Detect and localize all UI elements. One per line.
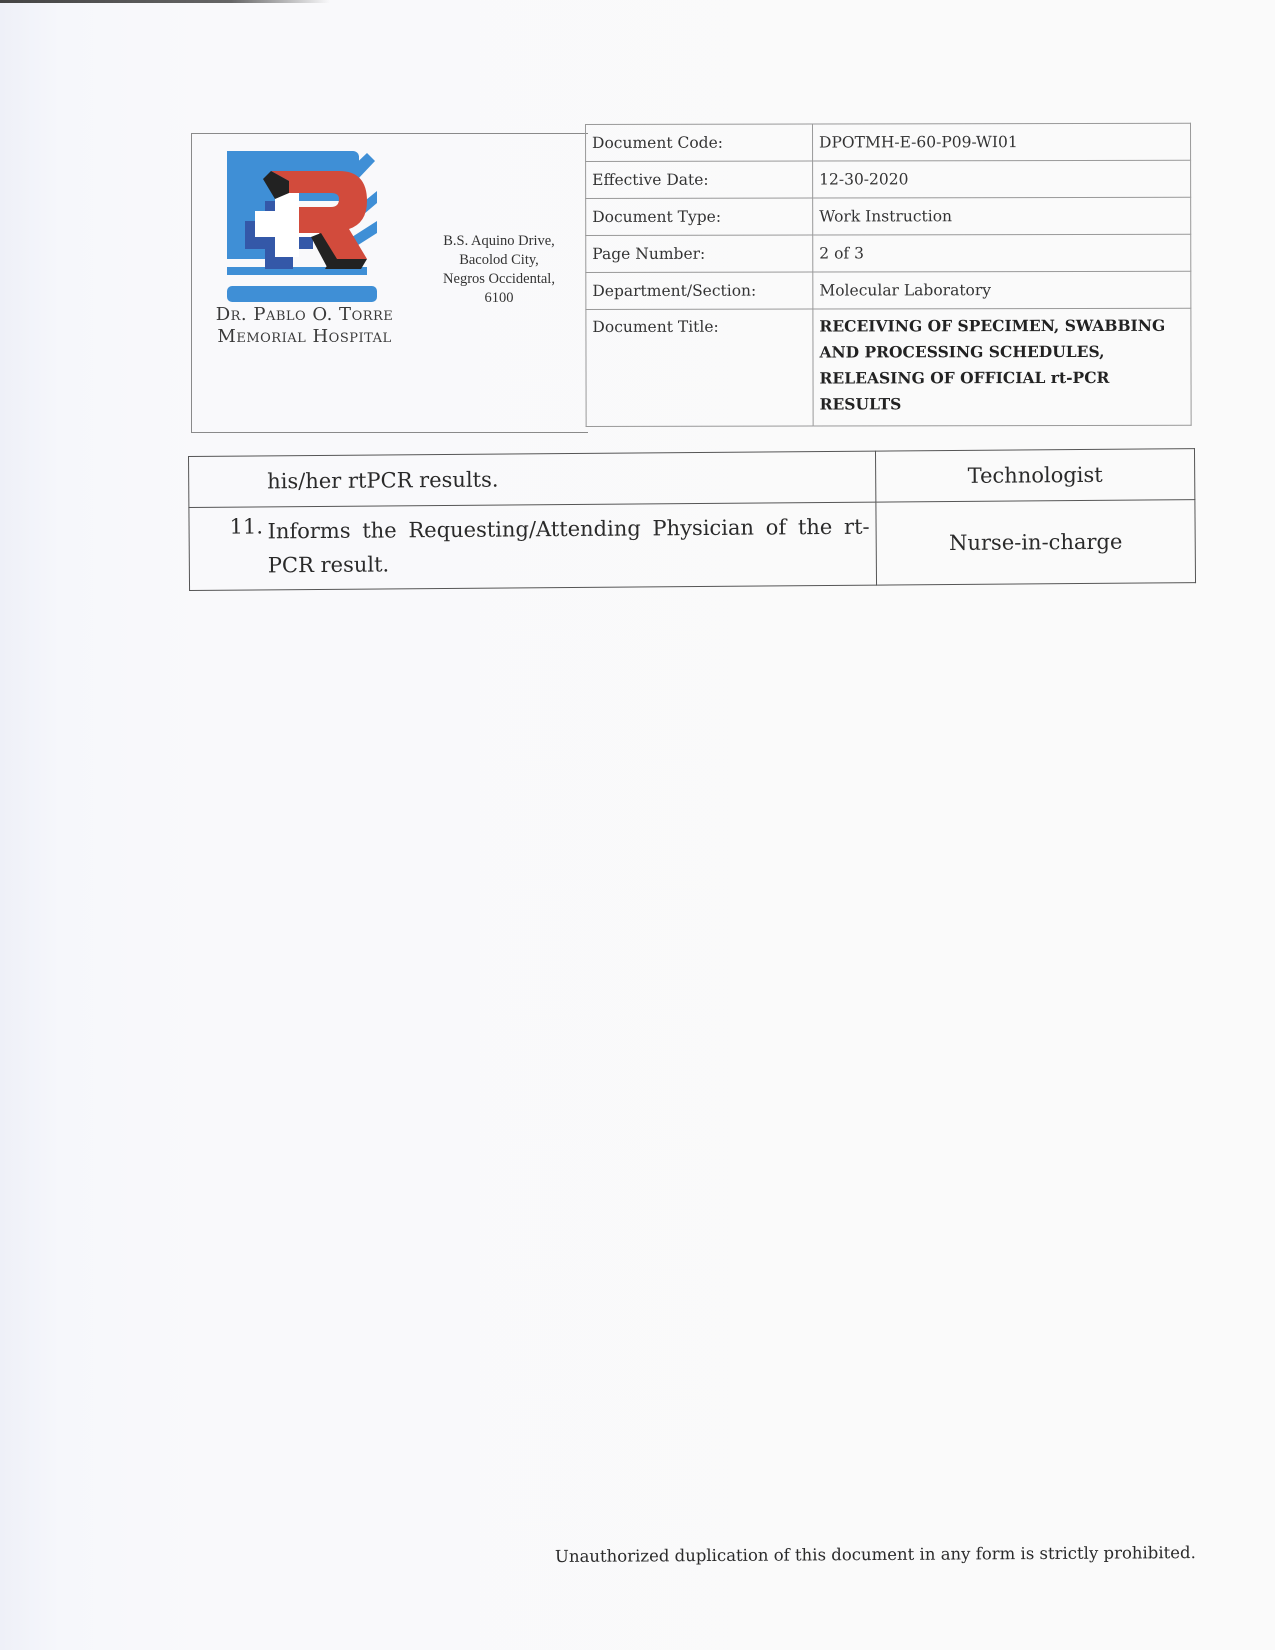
procedure-step: his/her rtPCR results. [189,451,876,507]
step-text: his/her rtPCR results. [267,463,499,499]
meta-label: Document Type: [586,198,813,235]
procedure-table: his/her rtPCR results. Technologist 11. … [188,448,1196,591]
scan-edge-line [0,0,330,3]
meta-row-document-code: Document Code: DPOTMH-E-60-P09-WI01 [586,123,1191,161]
hospital-logo-icon [227,151,381,303]
hospital-name-line-2: Memorial Hospital [192,326,417,348]
meta-label: Effective Date: [586,161,813,198]
responsible-person: Technologist [875,449,1194,503]
meta-row-page-number: Page Number: 2 of 3 [586,234,1191,272]
step-text: Informs the Requesting/Attending Physici… [267,510,870,583]
meta-row-document-title: Document Title: RECEIVING OF SPECIMEN, S… [586,308,1191,426]
meta-label: Department/Section: [586,272,813,309]
step-number: 11. [229,514,268,582]
document-title: RECEIVING OF SPECIMEN, SWABBING AND PROC… [813,308,1191,426]
address-line: 6100 [414,289,584,308]
duplication-notice: Unauthorized duplication of this documen… [555,1543,1200,1566]
hospital-header-block: Dr. Pablo O. Torre Memorial Hospital B.S… [191,133,588,433]
meta-row-effective-date: Effective Date: 12-30-2020 [586,160,1191,198]
hospital-name-line-1: Dr. Pablo O. Torre [192,304,417,326]
procedure-step: 11. Informs the Requesting/Attending Phy… [189,502,877,590]
procedure-row: 11. Informs the Requesting/Attending Phy… [189,500,1196,591]
meta-value: Work Instruction [813,197,1191,235]
document-metadata-table: Document Code: DPOTMH-E-60-P09-WI01 Effe… [585,123,1192,427]
meta-label: Document Title: [586,309,813,426]
address-line: Negros Occidental, [414,270,584,289]
responsible-person: Nurse-in-charge [876,500,1196,586]
address-line: Bacolod City, [414,251,584,270]
hospital-name: Dr. Pablo O. Torre Memorial Hospital [192,304,417,348]
meta-row-document-type: Document Type: Work Instruction [586,197,1191,235]
procedure-row: his/her rtPCR results. Technologist [189,449,1195,508]
meta-value: 2 of 3 [813,234,1191,272]
meta-label: Page Number: [586,235,813,272]
document-title-line: RELEASING OF OFFICIAL rt-PCR [820,365,1185,392]
meta-value: 12-30-2020 [813,160,1191,198]
document-title-line: RECEIVING OF SPECIMEN, SWABBING [819,313,1184,340]
meta-value: Molecular Laboratory [813,271,1191,309]
meta-row-department: Department/Section: Molecular Laboratory [586,271,1191,309]
address-line: B.S. Aquino Drive, [414,232,584,251]
document-title-line: RESULTS [820,391,1185,418]
hospital-address: B.S. Aquino Drive, Bacolod City, Negros … [414,232,584,308]
document-title-line: AND PROCESSING SCHEDULES, [819,339,1184,366]
meta-label: Document Code: [586,124,813,161]
meta-value: DPOTMH-E-60-P09-WI01 [813,123,1191,161]
